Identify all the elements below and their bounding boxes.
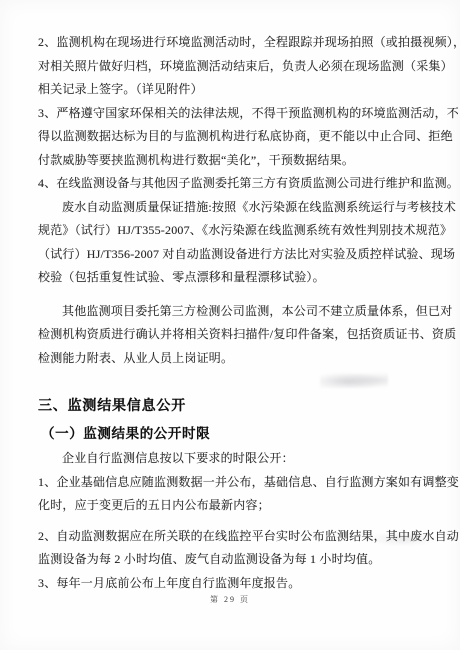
body-line: 2、监测机构在现场进行环境监测活动时，全程跟踪并现场拍照（或拍摄视频）， (38, 31, 430, 55)
body-line: 相关记录上签字。（详见附件） (38, 78, 430, 102)
body-line: 企业自行监测信息按以下要求的时限公开： (38, 447, 430, 471)
body-line: 其他监测项目委托第三方检测公司监测，本公司不建立质量体系，但已对 (38, 300, 430, 324)
body-line: 检测能力附表、从业人员上岗证明。 (38, 347, 430, 371)
body-line: 规范》（试行）HJ/T355-2007、《水污染源在线监测系统有效性判别技术规范… (38, 219, 430, 243)
document-body: 2、监测机构在现场进行环境监测活动时，全程跟踪并现场拍照（或拍摄视频）， 对相关… (38, 31, 430, 595)
body-line: 废水自动监测质量保证措施:按照《水污染源在线监测系统运行与考核技术 (38, 196, 430, 220)
body-line: 对相关照片做好归档，环境监测活动结束后，负责人必须在现场监测（采集） (38, 55, 430, 79)
body-line: 监测设备为每 2 小时均值、废气自动监测设备为每 1 小时均值。 (38, 548, 430, 572)
body-line: 3、每年一月底前公布上年度自行监测年度报告。 (38, 572, 430, 596)
body-line: 校验（包括重复性试验、零点漂移和量程漂移试验）。 (38, 266, 430, 290)
section-heading: 三、监测结果信息公开 (38, 396, 430, 418)
body-line: 得以监测数据达标为目的与监测机构进行私底协商，更不能以中止合同、拒绝 (38, 125, 430, 149)
scanned-document-page: 2、监测机构在现场进行环境监测活动时，全程跟踪并现场拍照（或拍摄视频）， 对相关… (0, 0, 460, 650)
body-line: 付款威胁等要挟监测机构进行数据“美化”，干预数据结果。 (38, 149, 430, 173)
body-line: （试行）HJ/T356-2007 对自动监测设备进行方法比对实验及质控样试验、现… (38, 243, 430, 267)
page-number: 第 29 页 (0, 594, 460, 605)
body-line: 1、企业基础信息应随监测数据一并公布，基础信息、自行监测方案如有调整变 (38, 471, 430, 495)
body-line: 化时，应于变更后的五日内公布最新内容； (38, 494, 430, 518)
body-line: 3、严格遵守国家环保相关的法律法规，不得干预监测机构的环境监测活动，不 (38, 102, 430, 126)
body-line: 4、在线监测设备与其他因子监测委托第三方有资质监测公司进行维护和监测。 (38, 172, 430, 196)
subsection-heading: （一）监测结果的公开时限 (38, 423, 430, 445)
body-line: 2、自动监测数据应在所关联的在线监控平台实时公布监测结果，其中废水自动 (38, 525, 430, 549)
body-line: 检测机构资质进行确认并将相关资料扫描件/复印件备案，包括资质证书、资质 (38, 323, 430, 347)
